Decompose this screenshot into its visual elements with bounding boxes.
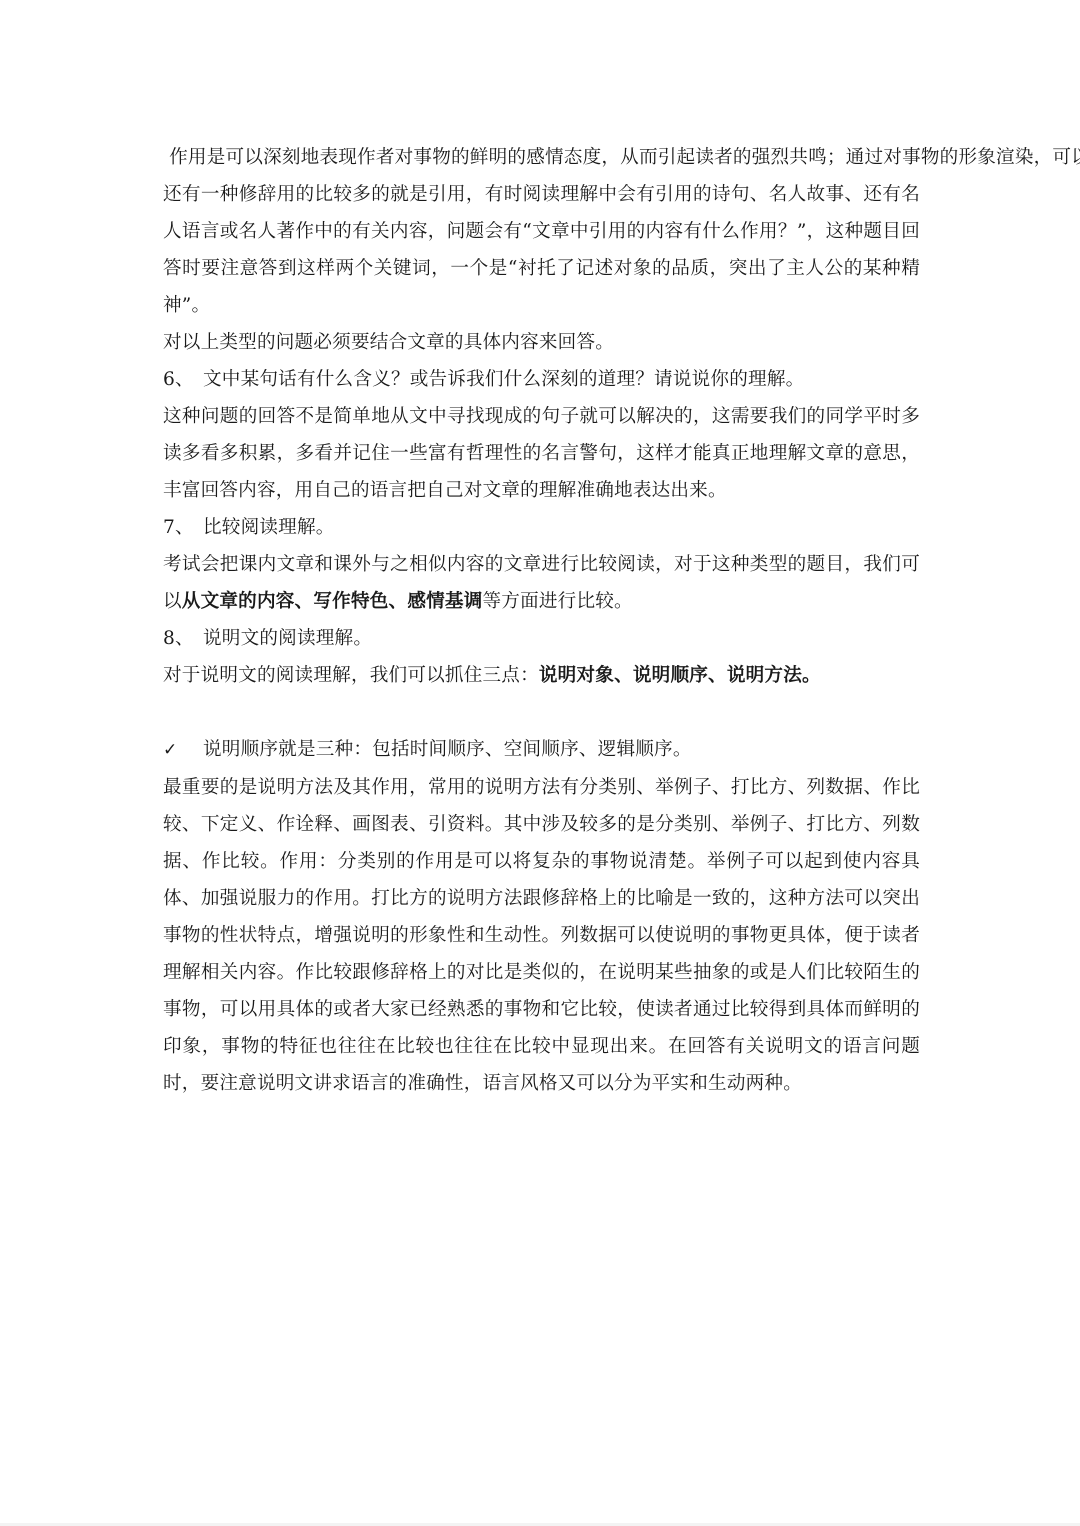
list-item-text: 说明顺序就是三种：包括时间顺序、空间顺序、逻辑顺序。 [203,739,692,760]
paragraph-text: 考试会把课内文章和课外与之相似内容的文章进行比较阅读，对于这种类型的题目，我们 [163,554,901,575]
paragraph-expository-three-points: 对于说明文的阅读理解，我们可以抓住三点：说明对象、说明顺序、说明方法。 [163,657,920,694]
list-item-text: 比较阅读理解。 [203,517,335,538]
list-item-7: 7、比较阅读理解。 [163,509,920,546]
paragraph-explanation-methods: 最重要的是说明方法及其作用，常用的说明方法有分类别、举例子、打比方、列数据、作比… [163,769,920,1102]
list-number: 7、 [163,509,203,546]
bold-text: 从文章的内容、写作特色、感情基调 [182,591,483,612]
paragraph-text: 作用是可以深刻地表现作者对事物的鲜明的感情态度，从而引起读者的强烈共鸣；通过对事… [163,147,1080,168]
list-item-text: 说明文的阅读理解。 [203,628,372,649]
list-item-6: 6、文中某句话有什么含义？或告诉我们什么深刻的道理？请说说你的理解。 [163,361,920,398]
list-number: 8、 [163,620,203,657]
paragraph-sentence-meaning: 这种问题的回答不是简单地从文中寻找现成的句子就可以解决的，这需要我们的同学平时多… [163,398,920,509]
paragraph-quotation: 还有一种修辞用的比较多的就是引用，有时阅读理解中会有引用的诗句、名人故事、还有名… [163,176,920,324]
document-page: 作用是可以深刻地表现作者对事物的鲜明的感情态度，从而引起读者的强烈共鸣；通过对事… [163,139,920,1102]
list-number: 6、 [163,361,203,398]
list-item-8: 8、说明文的阅读理解。 [163,620,920,657]
list-item-text: 文中某句话有什么含义？或告诉我们什么深刻的道理？请说说你的理解。 [203,369,804,390]
paragraph-comparison-reading: 考试会把课内文章和课外与之相似内容的文章进行比较阅读，对于这种类型的题目，我们可… [163,546,920,620]
bold-text: 说明对象、说明顺序、说明方法。 [539,665,821,686]
blank-line [163,694,920,731]
paragraph-text: 对于说明文的阅读理解，我们可以抓住三点： [163,665,539,686]
check-list-item: ✓说明顺序就是三种：包括时间顺序、空间顺序、逻辑顺序。 [163,731,920,769]
paragraph-answer-hint: 对以上类型的问题必须要结合文章的具体内容来回答。 [163,324,920,361]
paragraph-rhetoric-effects: 作用是可以深刻地表现作者对事物的鲜明的感情态度，从而引起读者的强烈共鸣；通过对事… [163,139,920,176]
checkmark-icon: ✓ [163,732,203,769]
paragraph-text: 等方面进行比较。 [483,591,633,612]
